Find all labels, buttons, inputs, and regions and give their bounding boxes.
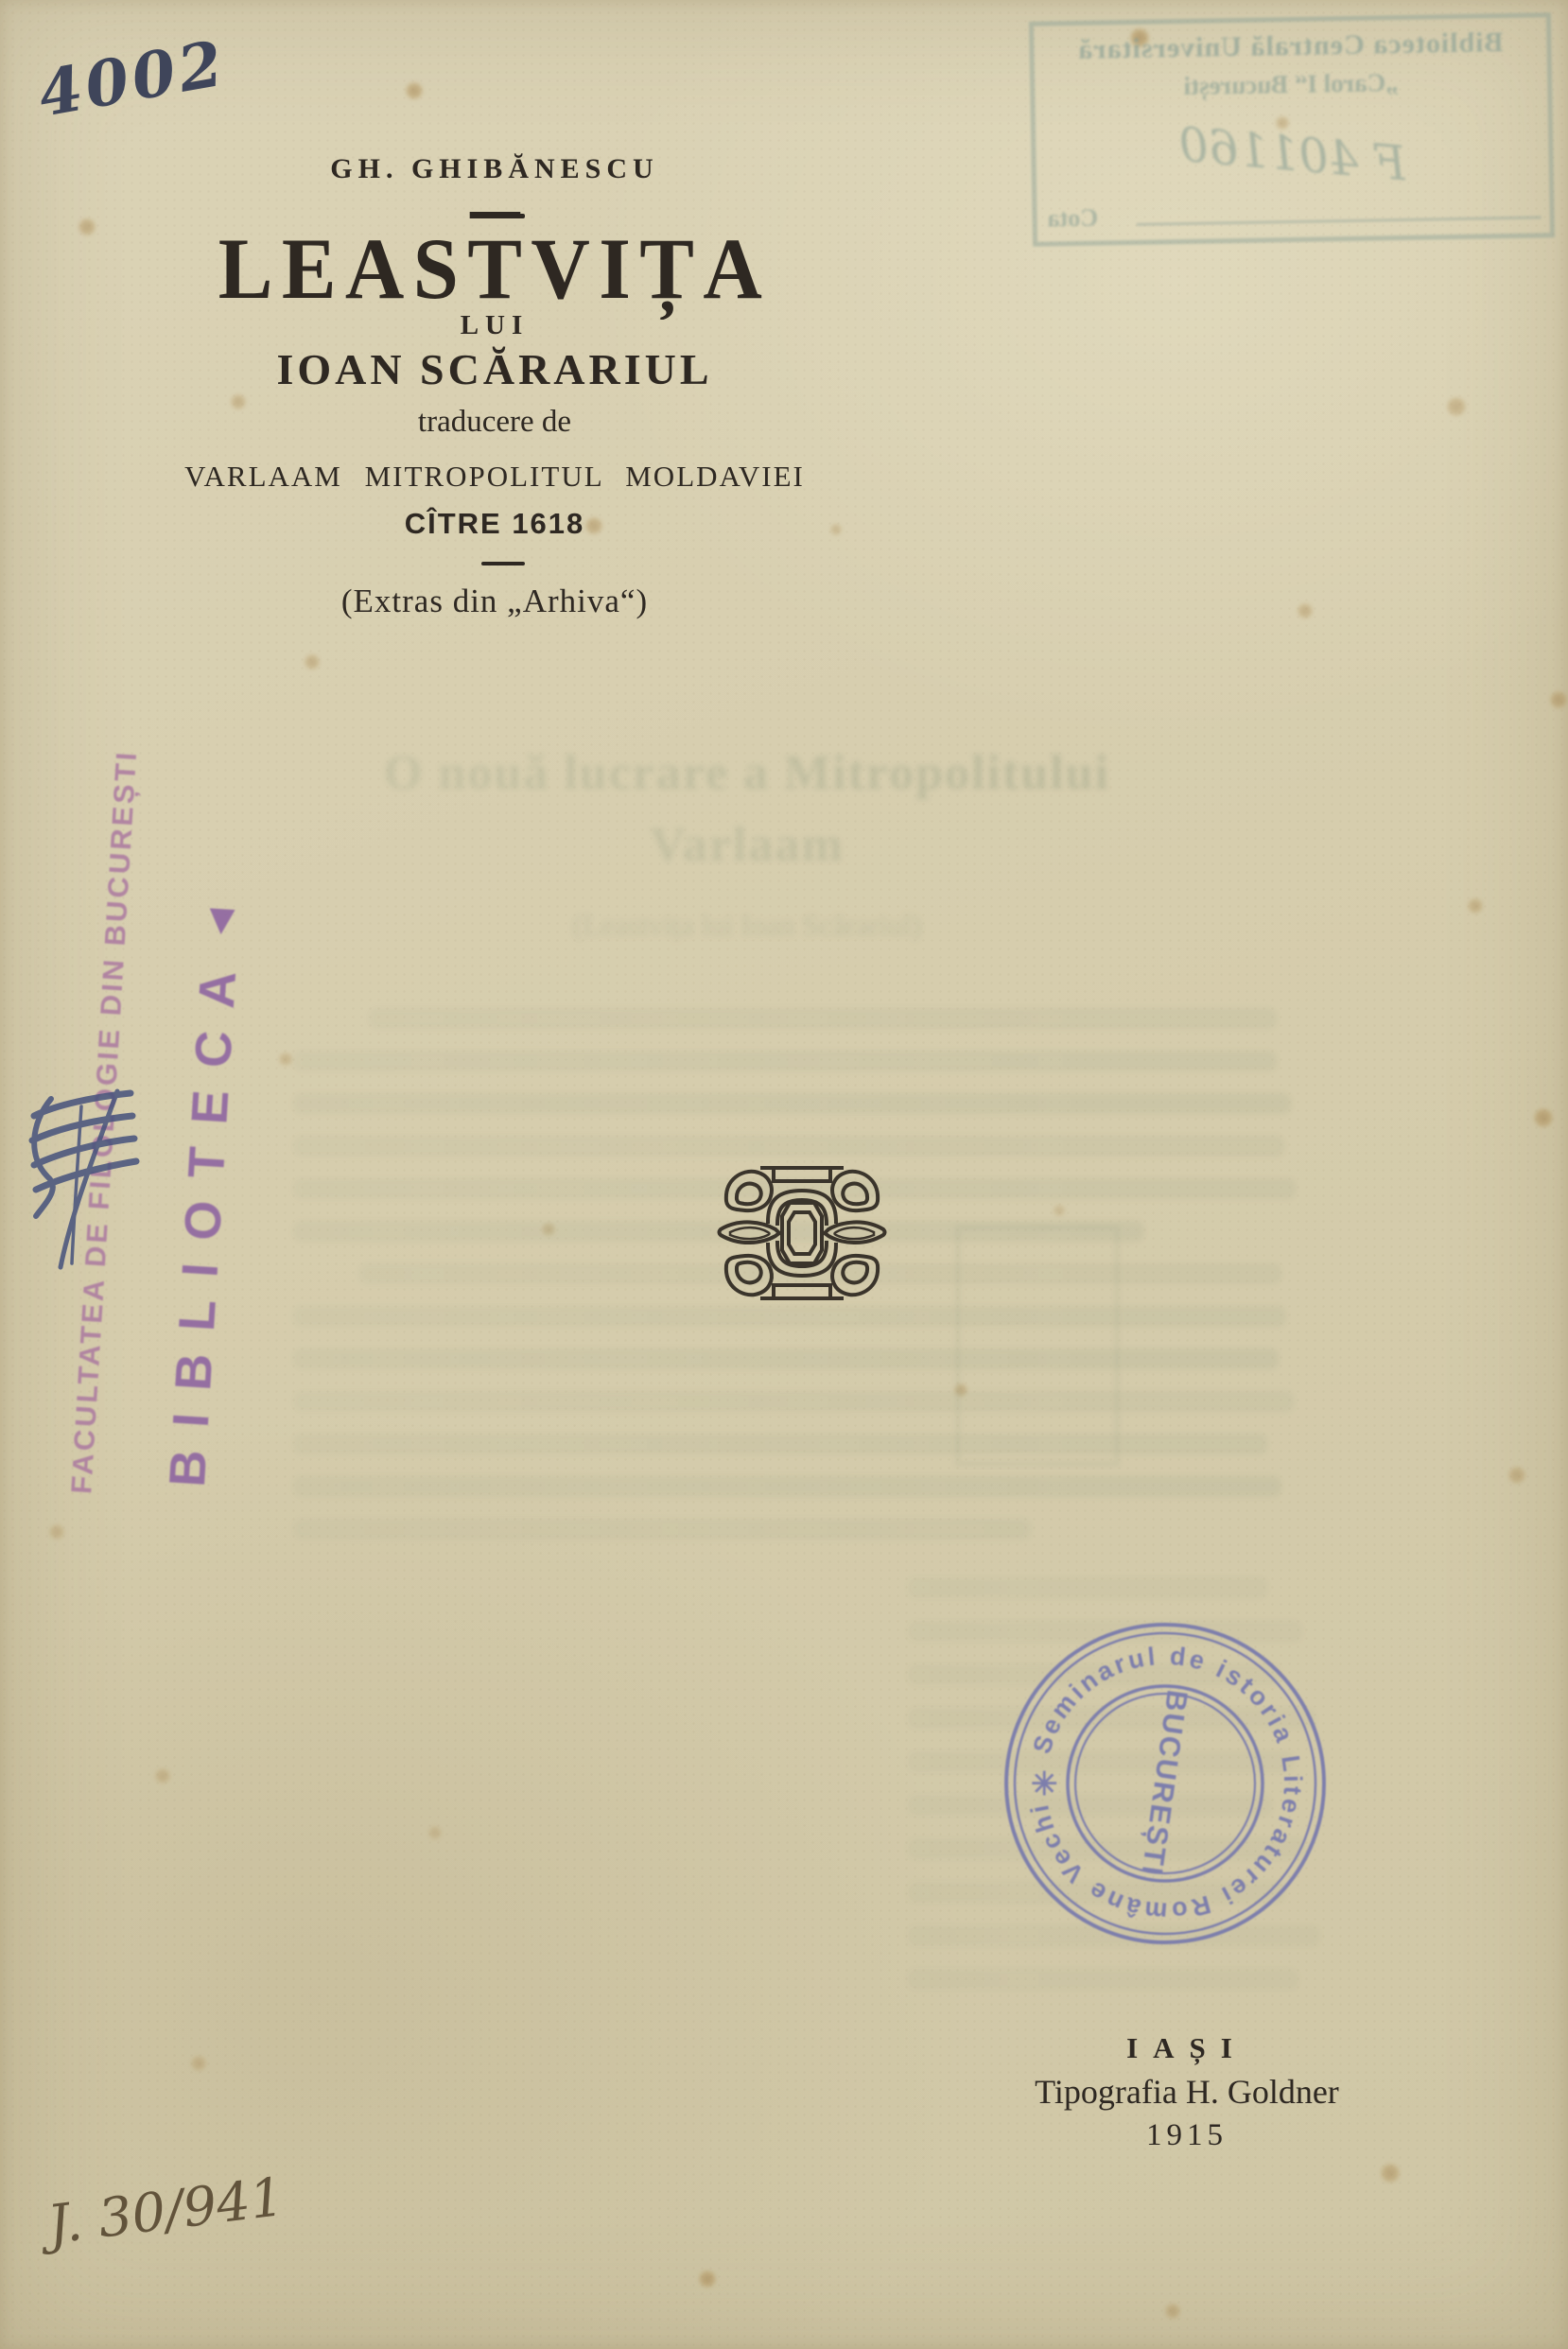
seminar-round-stamp: Seminarul de istoria Literaturei Române … xyxy=(985,1604,1345,1963)
imprint-printer: Tipografia H. Goldner xyxy=(965,2075,1409,2109)
translation-note: traducere de xyxy=(126,407,863,438)
accession-number-handwriting: 4002 xyxy=(33,26,232,130)
imprint-year: 1915 xyxy=(965,2120,1409,2151)
stamp-mirrored-content: Biblioteca Centrală Universitară „Carol … xyxy=(1029,12,1555,247)
foxing-spot xyxy=(1298,603,1313,618)
imprint-city: IAȘI xyxy=(965,2033,1409,2062)
ghost-line xyxy=(293,1306,1286,1327)
foxing-spot xyxy=(1468,898,1483,913)
book-title-page: O nouă lucrare a Mitropolitului Varlaam … xyxy=(0,0,1568,2349)
shelfmark-handwriting: J. 30/941 xyxy=(44,2166,287,2256)
foxing-spot xyxy=(428,1826,442,1839)
foxing-spot xyxy=(1054,1205,1065,1216)
ghost-line xyxy=(293,1391,1294,1412)
foxing-spot xyxy=(1550,691,1567,708)
ghost-box-outline xyxy=(955,1225,1120,1467)
university-stamp-line1: Biblioteca Centrală Universitară xyxy=(1029,26,1552,67)
translator-name: VARLAAM MITROPOLITUL MOLDAVIEI xyxy=(126,461,863,491)
foxing-spot xyxy=(1534,1108,1553,1127)
foxing-spot xyxy=(191,2056,206,2071)
foxing-spot xyxy=(954,1383,967,1397)
author-name: GH. GHIBĂNESCU xyxy=(126,155,863,183)
university-library-stamp: Biblioteca Centrală Universitară „Carol … xyxy=(1029,12,1555,247)
book-title: LEASTVIȚA xyxy=(148,225,841,312)
stamp-handwritten-call-number: F 401160 xyxy=(1030,104,1555,204)
ghost-line xyxy=(293,1434,1267,1454)
ghost-line xyxy=(293,1476,1281,1497)
cota-label: Cota xyxy=(1047,204,1098,234)
cota-underline xyxy=(1137,216,1542,225)
biblioteca-label: BIBLIOTECA▲ xyxy=(158,890,253,1488)
date-line: CÎTRE 1618 xyxy=(126,509,863,538)
ghost-line xyxy=(293,1136,1284,1157)
title-pre: LEAS xyxy=(218,220,468,317)
asterisk-separator: ✳ xyxy=(1031,1766,1058,1802)
foxing-spot xyxy=(1447,397,1466,416)
ghost-heading-line2: Varlaam xyxy=(227,821,1267,870)
subtitle-lui: LUI xyxy=(126,312,863,339)
foxing-spot xyxy=(49,1524,64,1540)
seminar-center-text: BUCUREȘTI xyxy=(1135,1688,1193,1879)
foxing-spot xyxy=(699,2271,716,2288)
foxing-spot xyxy=(78,218,96,235)
foxing-spot xyxy=(305,654,320,670)
ghost-line xyxy=(293,1519,1031,1540)
ghost-line xyxy=(293,1093,1291,1114)
foxing-spot xyxy=(1165,2304,1180,2319)
foxing-spot xyxy=(406,82,423,99)
ghost-line xyxy=(908,1577,1267,1598)
ghost-line xyxy=(293,1348,1279,1369)
university-stamp-line2: „Carol I“ București xyxy=(1030,65,1552,104)
printers-ornament-icon xyxy=(715,1161,889,1305)
triangle-icon: ▲ xyxy=(196,891,249,950)
biblioteca-text: BIBLIOTECA xyxy=(159,947,249,1488)
ink-scribble xyxy=(19,1078,142,1277)
foxing-spot xyxy=(1508,1467,1525,1484)
foxing-spot xyxy=(542,1223,555,1236)
ghost-line xyxy=(293,1051,1277,1071)
extract-note: (Extras din „Arhiva“) xyxy=(126,584,863,618)
ghost-line xyxy=(908,1969,1298,1990)
title-macron-letter: T xyxy=(467,225,531,312)
foxing-spot xyxy=(155,1768,170,1783)
divider-rule-2 xyxy=(481,562,525,565)
ghost-line xyxy=(369,1008,1277,1029)
foxing-spot xyxy=(1381,2164,1400,2183)
ghost-heading-line3: (Leastvița lui Ioan Scărariul) xyxy=(227,910,1267,940)
subtitle-subject-name: IOAN SCĂRARIUL xyxy=(126,348,863,391)
title-post: VIȚA xyxy=(531,220,771,317)
ghost-heading-line1: O nouă lucrare a Mitropolitului xyxy=(227,749,1267,798)
